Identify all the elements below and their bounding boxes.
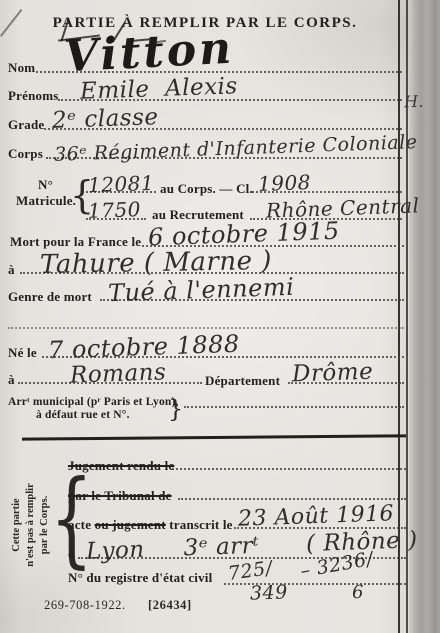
registre-value1-denominator: 349 xyxy=(250,581,289,604)
classe-value: 1908 xyxy=(258,170,312,196)
au-corps-label: au Corps. — Cl. xyxy=(160,181,253,197)
dotted-line xyxy=(172,468,406,470)
side-note-line2: n'est pas à remplir xyxy=(24,455,38,595)
registre-value1-numerator: 725/ xyxy=(227,557,274,585)
matricule-label-line2: Matricule. xyxy=(16,193,76,209)
prenoms-label: Prénoms xyxy=(8,88,59,104)
military-death-record-card: PARTIE À REMPLIR PAR LE CORPS. Nom Vitto… xyxy=(0,0,440,633)
grade-value: 2ᵉ classe xyxy=(52,104,159,134)
ne-a-label: à xyxy=(8,372,15,388)
registre-label: N° du registre d'état civil xyxy=(68,570,212,586)
matricule-corps-value: 12081 xyxy=(88,171,155,197)
dotted-line xyxy=(178,498,406,500)
print-code: 269-708-1922. xyxy=(44,598,126,613)
section-divider-rule xyxy=(22,434,406,440)
acte-label-struck: ou jugement xyxy=(95,517,166,532)
nom-label: Nom xyxy=(8,60,35,76)
departement-value: Drôme xyxy=(292,359,374,388)
arr-municipal-brace: } xyxy=(168,393,183,425)
acte-label: acte ou jugement transcrit le xyxy=(68,517,233,533)
matricule-label-line1: N° xyxy=(38,177,53,193)
ne-le-label: Né le xyxy=(8,345,37,361)
side-note: Cette partie n'est pas à remplir par le … xyxy=(10,455,54,595)
margin-ink-fragment: H. xyxy=(404,92,425,112)
corner-ink-mark xyxy=(0,9,22,37)
ne-a-value: Romans xyxy=(70,359,167,388)
corps-value: 36ᵉ Régiment d'Infanterie Coloniale xyxy=(54,130,440,166)
genre-de-mort-value: Tué à l'ennemi xyxy=(108,273,295,307)
jugement-label: Jugement rendu le xyxy=(68,458,174,474)
prenoms-value: Emile Alexis xyxy=(80,73,239,104)
tribunal-label: par le Tribunal de xyxy=(68,488,172,504)
corps-label: Corps xyxy=(8,146,43,162)
acte-lieu-label: à xyxy=(68,545,75,561)
mort-lieu-label: à xyxy=(8,262,15,278)
arr-municipal-label-line2: à défaut rue et N°. xyxy=(36,409,130,421)
print-ref: [26434] xyxy=(148,598,192,613)
side-note-line1: Cette partie xyxy=(10,455,24,595)
matricule-recrutement-value: 1750 xyxy=(88,197,142,223)
dotted-line xyxy=(8,327,404,329)
arr-municipal-label-line1: Arrᵗ municipal (pʳ Paris et Lyon), xyxy=(8,396,179,408)
dotted-line xyxy=(184,406,404,408)
grade-label: Grade xyxy=(8,117,44,133)
acte-label-suffix: transcrit le xyxy=(166,517,233,532)
departement-label: Département xyxy=(205,373,280,389)
acte-label-prefix: acte xyxy=(68,517,95,532)
genre-de-mort-label: Genre de mort xyxy=(8,289,92,305)
registre-value2-denominator: 6 xyxy=(352,582,365,603)
